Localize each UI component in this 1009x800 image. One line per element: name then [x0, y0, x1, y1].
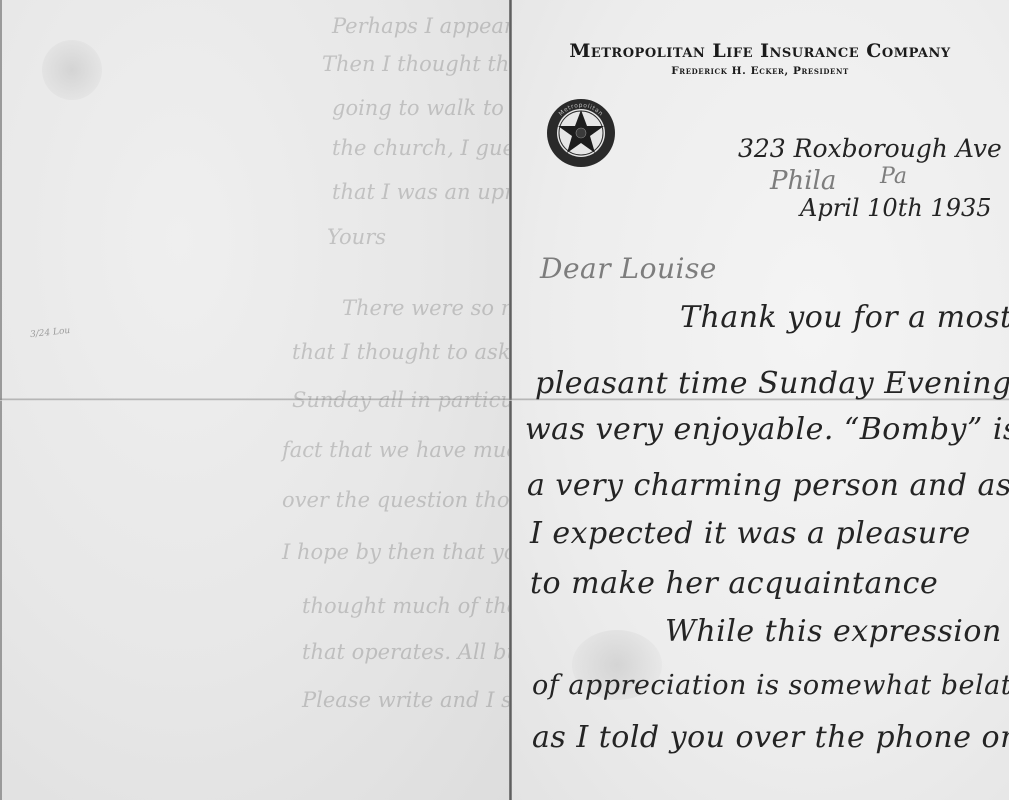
margin-note: 3/24 Lou	[30, 326, 71, 340]
company-name: Metropolitan Life Insurance Company	[545, 40, 975, 62]
letter-line: pleasant time Sunday Evening; it	[535, 366, 1009, 401]
letter-line: I expected it was a pleasure	[530, 516, 971, 551]
letter-line: a very charming person and as	[527, 468, 1009, 503]
date-line: April 10th 1935	[800, 194, 992, 222]
letter-line: as I told you over the phone on	[532, 720, 1009, 755]
letter-line: While this expression	[665, 614, 1002, 649]
president-line: Frederick H. Ecker, President	[545, 65, 975, 77]
letterhead: Metropolitan Life Insurance Company Fred…	[545, 40, 975, 77]
letter-line: to make her acquaintance	[530, 566, 938, 601]
city-line: Phila	[770, 166, 836, 196]
star-seal-icon: Metropolitan	[545, 97, 617, 169]
letter-line: was very enjoyable. “Bomby” is	[525, 412, 1009, 447]
state-line: Pa	[880, 164, 907, 189]
letter-line: of appreciation is somewhat belated,	[532, 670, 1009, 701]
letter-line: Thank you for a most	[680, 300, 1009, 335]
ghost-line: Yours	[327, 225, 386, 249]
paper-stain	[42, 40, 102, 100]
address-line: 323 Roxborough Ave	[738, 134, 1002, 163]
salutation: Dear Louise	[540, 252, 717, 285]
scanned-letter: Perhaps I appeared I don't know Then I t…	[0, 0, 1009, 800]
